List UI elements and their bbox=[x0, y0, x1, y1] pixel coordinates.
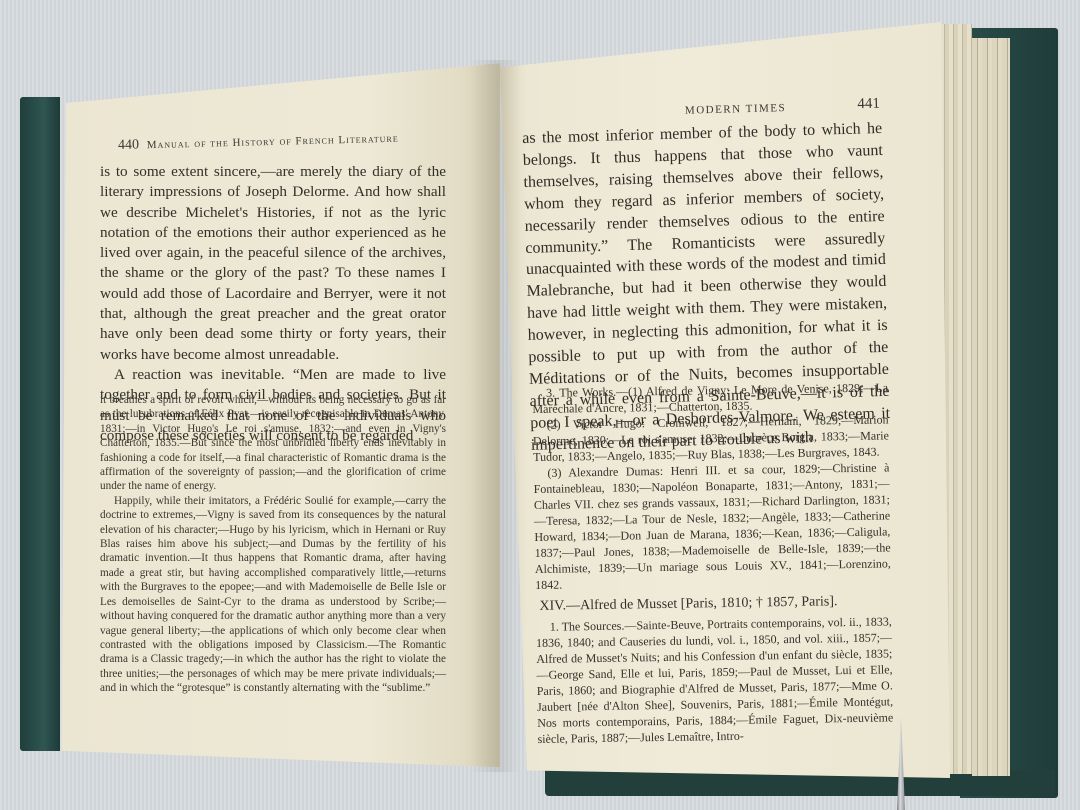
book-cover-left bbox=[20, 97, 60, 751]
left-footnote-text: it breathes a spirit of revolt which,—wi… bbox=[100, 393, 446, 696]
left-footnote-paragraph: it breathes a spirit of revolt which,—wi… bbox=[100, 393, 446, 494]
left-body-paragraph: is to some extent sincere,—are merely th… bbox=[100, 162, 446, 365]
left-page-number: 440 bbox=[118, 137, 139, 153]
right-running-head-title: MODERN TIMES bbox=[685, 102, 787, 117]
page-block-edge-outer bbox=[972, 38, 1010, 776]
works-note-dumas: (3) Alexandre Dumas: Henri III. et sa co… bbox=[533, 459, 891, 593]
right-notes: 3. The Works.—(1) Alfred de Vigny: Le Mo… bbox=[532, 379, 894, 747]
sources-note-musset: 1. The Sources.—Sainte-Beuve, Portraits … bbox=[536, 613, 894, 747]
right-page-number: 441 bbox=[857, 96, 880, 114]
gutter-shadow bbox=[470, 60, 520, 772]
left-footnote-paragraph: Happily, while their imitators, a Frédér… bbox=[100, 494, 446, 696]
section-heading-musset: XIV.—Alfred de Musset [Paris, 1810; † 18… bbox=[539, 593, 891, 615]
works-note-hugo: (2) Victor Hugo: Cromwell, 1827;—Hernani… bbox=[533, 411, 890, 465]
